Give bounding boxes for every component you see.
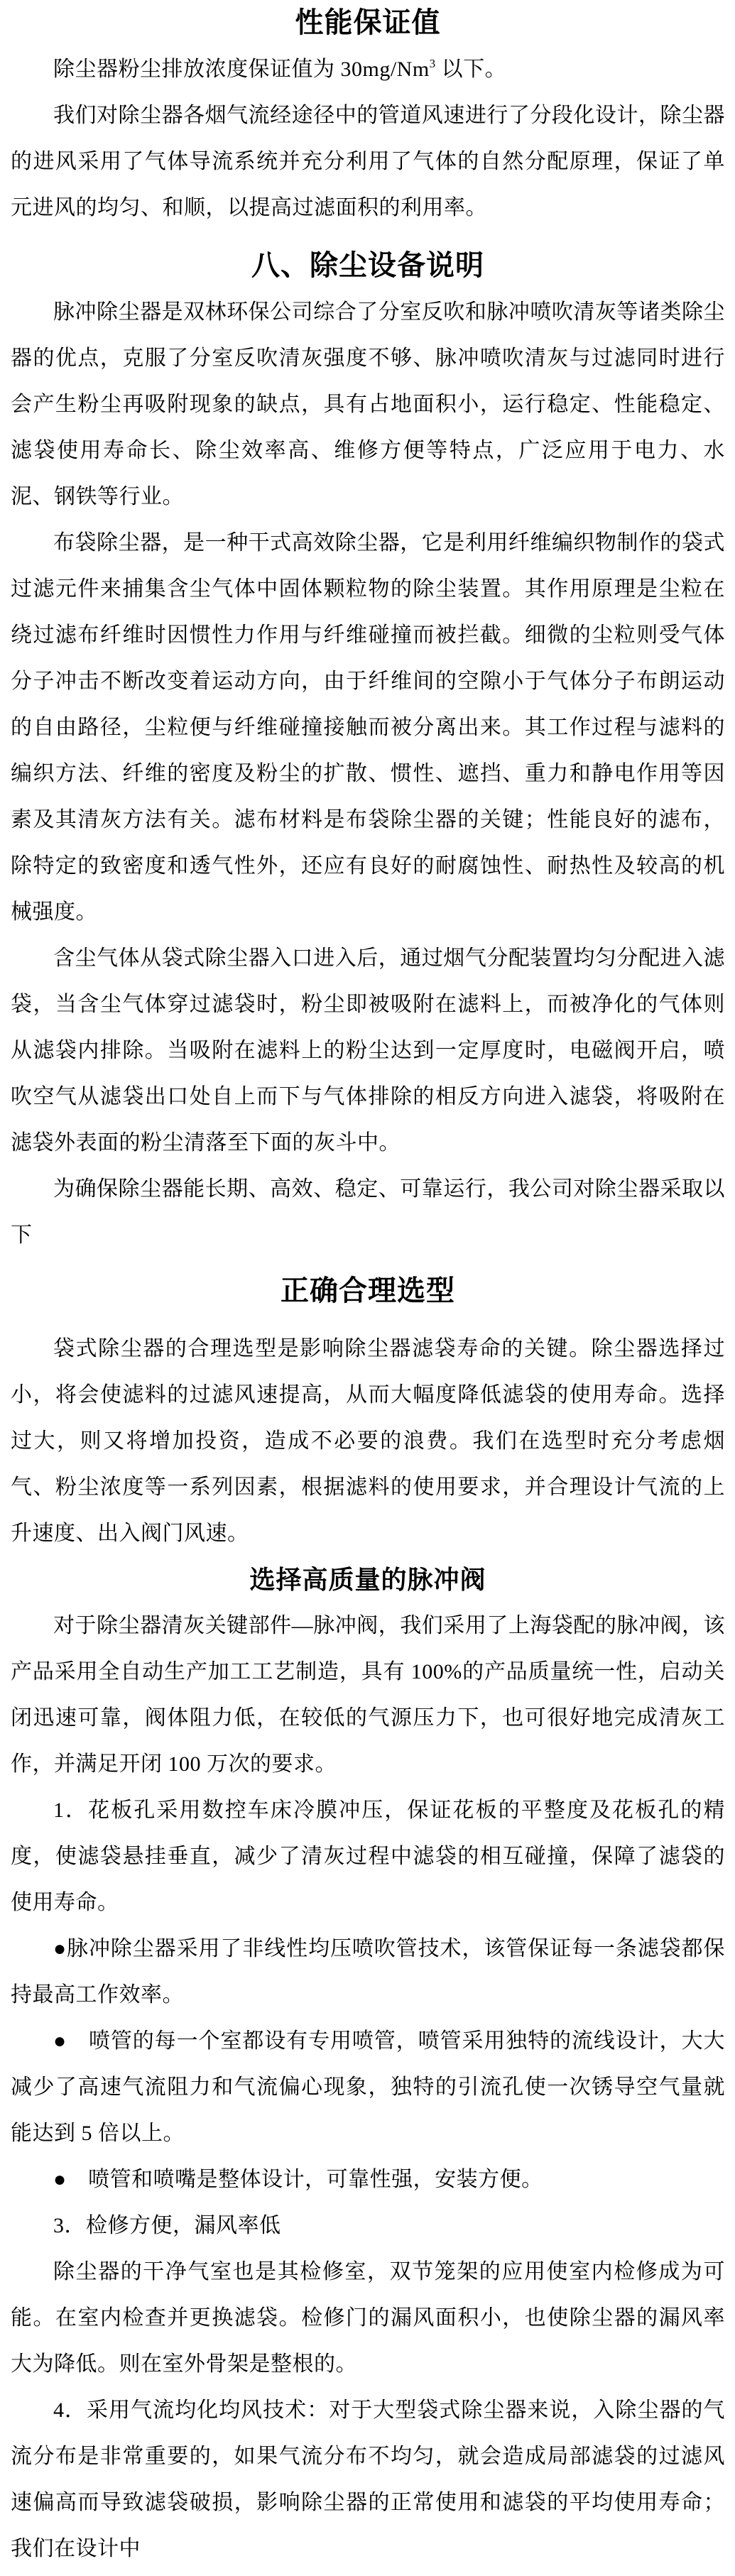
superscript-3: 3 [430,57,436,70]
paragraph-pulse-overview: 脉冲除尘器是双林环保公司综合了分室反吹和脉冲喷吹清灰等诸类除尘器的优点，克服了分… [11,289,725,520]
paragraph-gas-flow-process: 含尘气体从袋式除尘器入口进入后，通过烟气分配装置均匀分配进入滤袋，当含尘气体穿过… [11,935,725,1166]
heading-correct-selection: 正确合理选型 [11,1268,725,1314]
paragraph-duct-design: 我们对除尘器各烟气流经途径中的管道风速进行了分段化设计，除尘器的进风采用了气体导… [11,92,725,231]
paragraph-item1-tube-sheet: 1．花板孔采用数控车床冷膜冲压，保证花板的平整度及花板孔的精度，使滤袋悬挂垂直，… [11,1787,725,1926]
text-run-emission-suffix: 以下。 [436,58,507,81]
paragraph-item3-maintenance: 3．检修方便，漏风率低 [11,2203,725,2249]
paragraph-bullet-dedicated-pipes: ● 喷管的每一个室都设有专用喷管，喷管采用独特的流线设计，大大减少了高速气流阻力… [11,2018,725,2156]
paragraph-emission-guarantee: 除尘器粉尘排放浓度保证值为 30mg/Nm3 以下。 [11,46,725,92]
paragraph-bag-filter-principle: 布袋除尘器，是一种干式高效除尘器，它是利用纤维编织物制作的袋式过滤元件来捕集含尘… [11,520,725,935]
paragraph-item3-detail: 除尘器的干净气室也是其检修室，双节笼架的应用使室内检修成为可能。在室内检查并更换… [11,2249,725,2387]
heading-performance-guarantee: 性能保证值 [11,0,725,46]
paragraph-item4-airflow-equalization: 4．采用气流均化均风技术：对于大型袋式除尘器来说，入除尘器的气流分布是非常重要的… [11,2387,725,2572]
document-page: 性能保证值 除尘器粉尘排放浓度保证值为 30mg/Nm3 以下。 我们对除尘器各… [0,0,735,2576]
paragraph-bullet-integral-nozzle: ● 喷管和喷嘴是整体设计，可靠性强，安装方便。 [11,2156,725,2203]
heading-pulse-valve-quality: 选择高质量的脉冲阀 [11,1556,725,1603]
paragraph-selection-sizing: 袋式除尘器的合理选型是影响除尘器滤袋寿命的关键。除尘器选择过小，将会使滤料的过滤… [11,1326,725,1556]
paragraph-bullet-blow-pipe-tech: ●脉冲除尘器采用了非线性均压喷吹管技术，该管保证每一条滤袋都保持最高工作效率。 [11,1926,725,2018]
heading-dust-equipment: 八、除尘设备说明 [11,243,725,289]
text-run-emission-prefix: 除尘器粉尘排放浓度保证值为 30mg/Nm [53,58,430,81]
paragraph-pulse-valve: 对于除尘器清灰关键部件—脉冲阀，我们采用了上海袋配的脉冲阀，该产品采用全自动生产… [11,1603,725,1787]
paragraph-measures-intro: 为确保除尘器能长期、高效、稳定、可靠运行，我公司对除尘器采取以下 [11,1166,725,1258]
